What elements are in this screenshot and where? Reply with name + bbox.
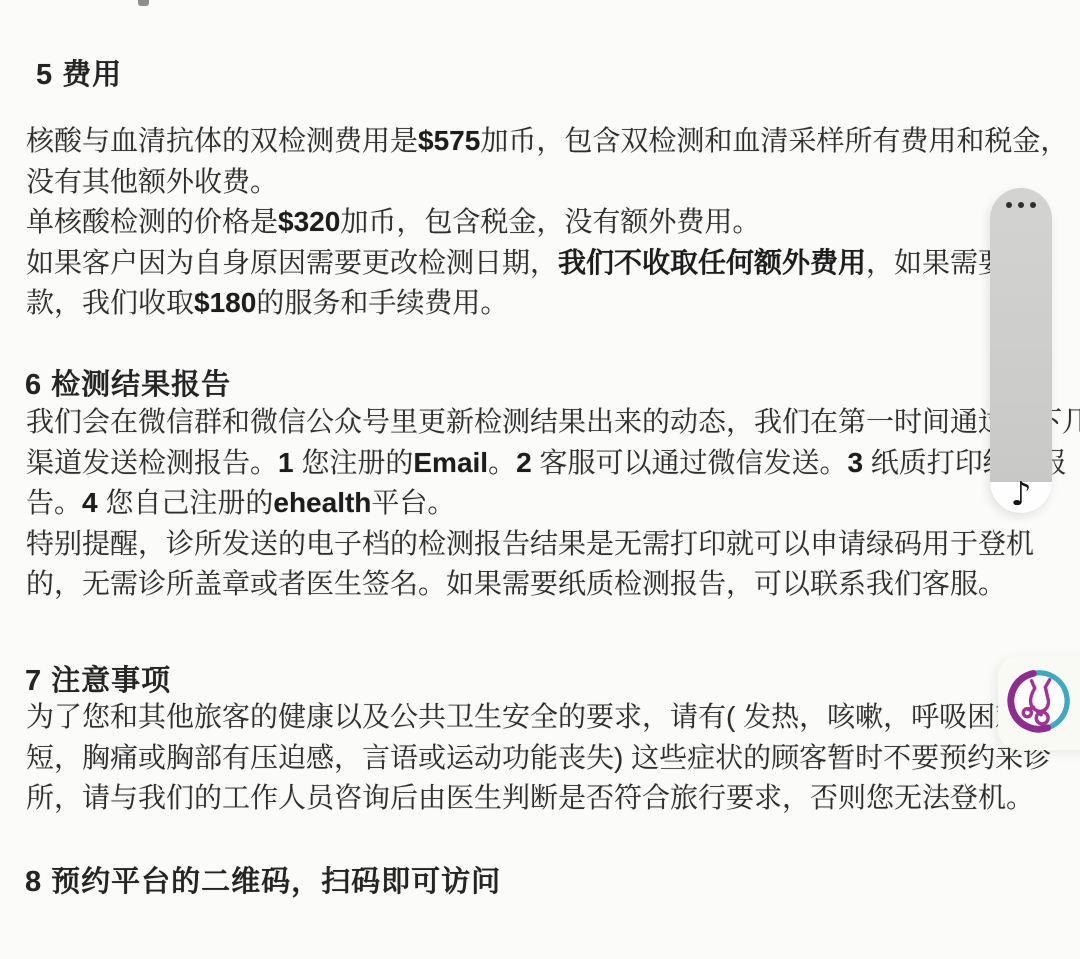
dot — [1018, 202, 1024, 208]
text-segment: 核酸与血清抗体的双检测费用是 — [26, 125, 418, 156]
text-segment: 短，胸痛或胸部有压迫感，言语或运动功能丧失) 这些症状的顾客暂时不要预约来诊 — [26, 742, 1051, 773]
text-segment-bold: 1 — [278, 447, 294, 478]
stethoscope-icon[interactable] — [1005, 667, 1073, 735]
text-segment: 没有其他额外收费。 — [26, 166, 278, 197]
text-segment: 平台。 — [371, 487, 455, 518]
text-segment-bold: 我们不收取任何额外费用 — [558, 247, 866, 278]
section-heading-notes: 7 注意事项 — [25, 658, 171, 699]
music-note-icon[interactable]: ♪ — [990, 477, 1052, 510]
text-line: 如果客户因为自身原因需要更改检测日期，我们不收取任何额外费用，如果需要退 — [26, 243, 1080, 284]
text-line: 所，请与我们的工作人员咨询后由医生判断是否符合旅行要求，否则您无法登机。 — [26, 778, 1080, 819]
text-line: 为了您和其他旅客的健康以及公共卫生安全的要求，请有( 发热，咳嗽，呼吸困难气 — [26, 697, 1080, 738]
text-line: 渠道发送检测报告。1 您注册的Email。2 客服可以通过微信发送。3 纸质打印… — [26, 443, 1080, 484]
text-line: 特别提醒，诊所发送的电子档的检测报告结果是无需打印就可以申请绿码用于登机 — [26, 524, 1080, 565]
dot — [1006, 202, 1012, 208]
text-segment: 为了您和其他旅客的健康以及公共卫生安全的要求，请有( 发热，咳嗽，呼吸困难气 — [26, 701, 1051, 732]
text-segment-bold: 2 — [516, 447, 532, 478]
section-body-notes: 为了您和其他旅客的健康以及公共卫生安全的要求，请有( 发热，咳嗽，呼吸困难气短，… — [26, 697, 1080, 819]
text-segment: 您自己注册的 — [98, 487, 274, 518]
section-body-test-result-report: 我们会在微信群和微信公众号里更新检测结果出来的动态，我们在第一时间通过以下几渠道… — [26, 402, 1080, 605]
text-segment-bold: 3 — [847, 447, 863, 478]
text-segment-bold: ehealth — [273, 487, 371, 518]
text-segment: 款，我们收取 — [26, 287, 194, 318]
text-line: 核酸与血清抗体的双检测费用是$575加币，包含双检测和血清采样所有费用和税金， — [26, 121, 1080, 162]
section-heading-test-result-report: 6 检测结果报告 — [25, 362, 231, 403]
text-segment: 如果客户因为自身原因需要更改检测日期， — [26, 247, 558, 278]
text-segment: 加币，包含税金，没有额外费用。 — [340, 206, 760, 237]
text-segment-bold: $575 — [418, 125, 480, 156]
text-segment: 单核酸检测的价格是 — [26, 206, 278, 237]
text-segment-bold: 4 — [82, 487, 98, 518]
text-segment-bold: $180 — [194, 287, 256, 318]
text-line: 的，无需诊所盖章或者医生签名。如果需要纸质检测报告，可以联系我们客服。 — [26, 564, 1080, 605]
text-line: 短，胸痛或胸部有压迫感，言语或运动功能丧失) 这些症状的顾客暂时不要预约来诊 — [26, 738, 1080, 779]
more-dots-icon[interactable] — [990, 202, 1052, 208]
text-segment: 的，无需诊所盖章或者医生签名。如果需要纸质检测报告，可以联系我们客服。 — [26, 568, 1006, 599]
text-segment-bold: $320 — [278, 206, 340, 237]
text-segment: 。 — [488, 447, 516, 478]
text-segment: 渠道发送检测报告。 — [26, 447, 278, 478]
text-segment: 所，请与我们的工作人员咨询后由医生判断是否符合旅行要求，否则您无法登机。 — [26, 782, 1034, 813]
cut-off-text-remnant — [138, 0, 149, 6]
text-line: 没有其他额外收费。 — [26, 162, 1080, 203]
text-segment-bold: Email — [413, 447, 488, 478]
section-heading-fees: 5 费用 — [36, 52, 122, 93]
floating-pill[interactable]: ♪ — [990, 188, 1052, 513]
section-body-fees: 核酸与血清抗体的双检测费用是$575加币，包含双检测和血清采样所有费用和税金，没… — [26, 121, 1080, 324]
text-line: 我们会在微信群和微信公众号里更新检测结果出来的动态，我们在第一时间通过以下几 — [26, 402, 1080, 443]
text-segment: 客服可以通过微信发送。 — [532, 447, 848, 478]
text-line: 单核酸检测的价格是$320加币，包含税金，没有额外费用。 — [26, 202, 1080, 243]
text-segment: 特别提醒，诊所发送的电子档的检测报告结果是无需打印就可以申请绿码用于登机 — [26, 528, 1034, 559]
text-segment: 加币，包含双检测和血清采样所有费用和税金， — [480, 125, 1068, 156]
text-line: 款，我们收取$180的服务和手续费用。 — [26, 283, 1080, 324]
text-segment: 您注册的 — [294, 447, 414, 478]
text-segment: 告。 — [26, 487, 82, 518]
text-line: 告。4 您自己注册的ehealth平台。 — [26, 483, 1080, 524]
text-segment: 的服务和手续费用。 — [256, 287, 508, 318]
text-segment: 我们会在微信群和微信公众号里更新检测结果出来的动态，我们在第一时间通过以下几 — [26, 406, 1080, 437]
section-heading-qr-code: 8 预约平台的二维码，扫码即可访问 — [25, 859, 501, 900]
dot — [1030, 202, 1036, 208]
